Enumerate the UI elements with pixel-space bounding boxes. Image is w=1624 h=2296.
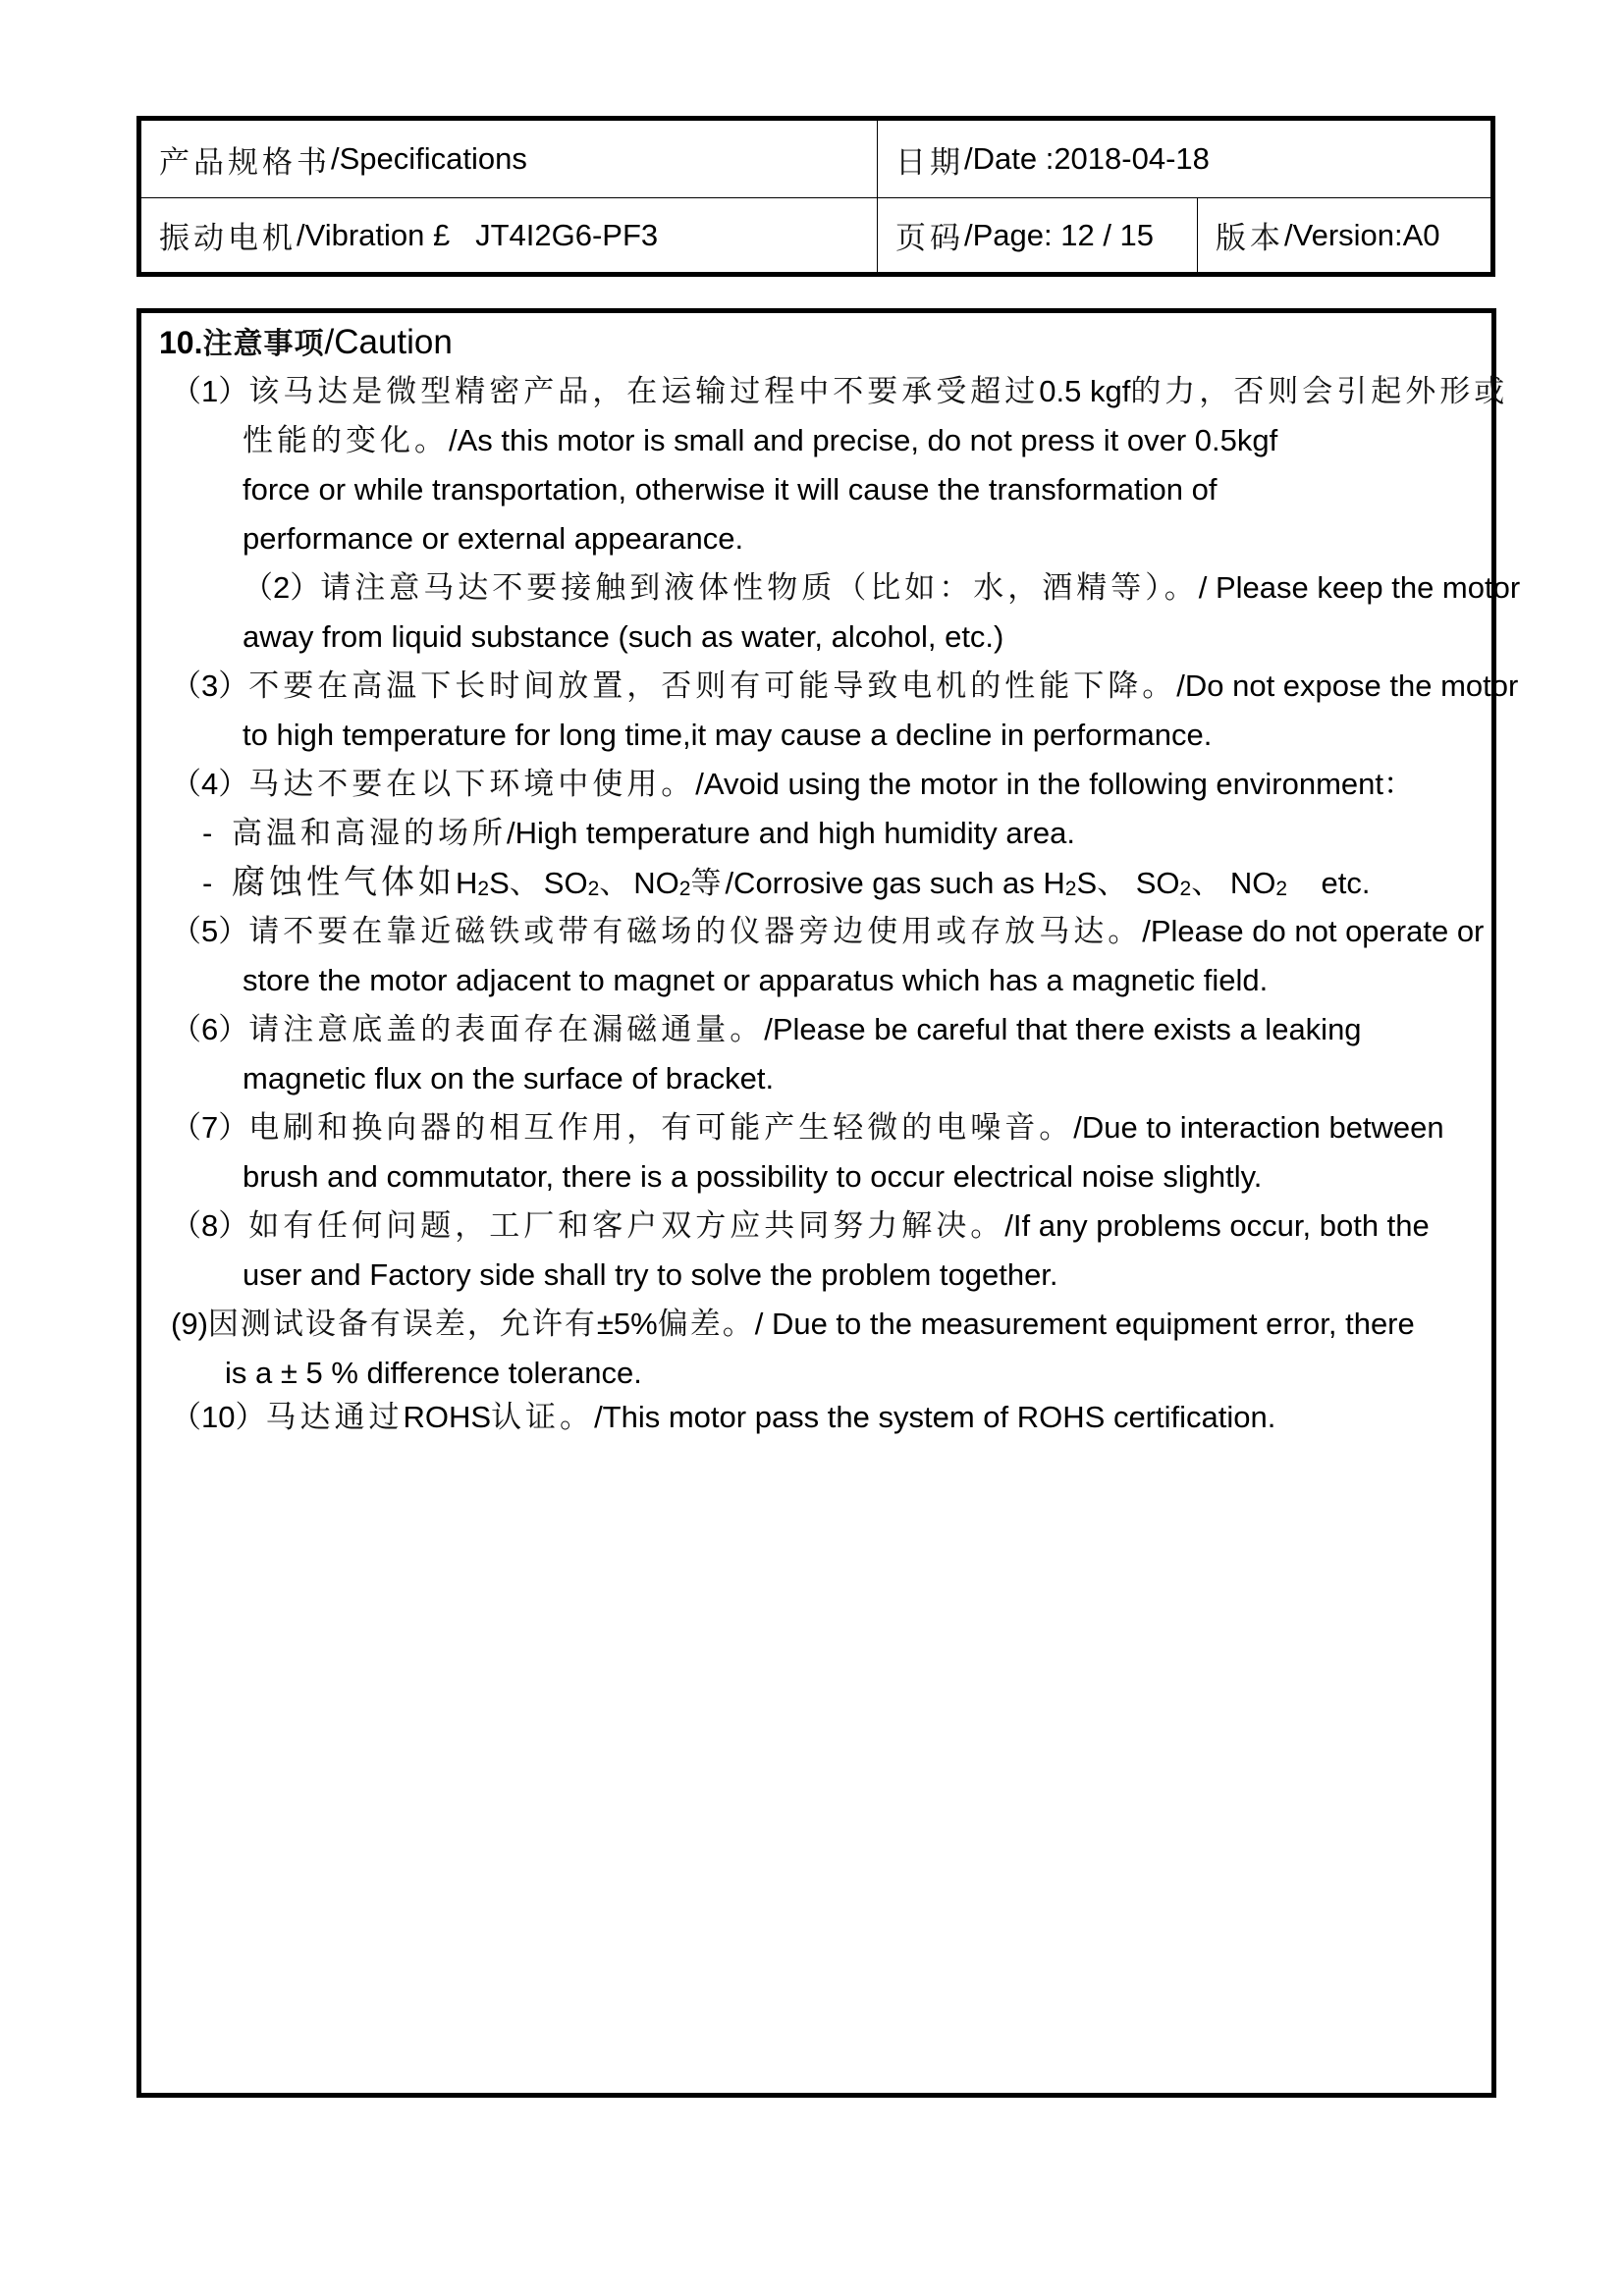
caution-item-3-cont: to high temperature for long time,it may… [243, 716, 1212, 755]
product-cell: 振动电机/Vibration £ JT4I2G6-PF3 [141, 198, 877, 272]
item-marker: （3） [171, 668, 248, 703]
product-model: /Vibration £ JT4I2G6-PF3 [297, 218, 658, 253]
item-text-cn: 高温和高湿的场所 [232, 816, 507, 851]
date-value: /Date :2018-04-18 [964, 141, 1210, 177]
item-text-en: /This motor pass the system of ROHS cert… [594, 1400, 1275, 1434]
page-cell: 页码/Page: 12 / 15 [877, 198, 1197, 272]
item-text-cn: 电刷和换向器的相互作用，有可能产生轻微的电噪音。 [248, 1110, 1073, 1146]
item-text-en: /Corrosive gas such as H [725, 866, 1064, 900]
item-text-cn: 请注意马达不要接触到液体性物质（比如：水，酒精等）。 [320, 570, 1199, 606]
item-value: ROHS [403, 1400, 491, 1434]
item-text-en: performance or external appearance. [243, 521, 743, 556]
page-label-cn: 页码 [895, 213, 964, 257]
item-text-cn: 性能的变化。 [243, 423, 449, 458]
caution-item-1: （1）该马达是微型精密产品，在运输过程中不要承受超过0.5 kgf的力，否则会引… [171, 372, 1508, 411]
caution-item-6-cont: magnetic flux on the surface of bracket. [243, 1059, 774, 1098]
item-text-cn: 马达通过 [265, 1400, 403, 1435]
item-marker: （4） [171, 767, 248, 801]
caution-item-3: （3）不要在高温下长时间放置，否则有可能导致电机的性能下降。/Do not ex… [171, 667, 1518, 706]
item-text-en: /If any problems occur, both the [1004, 1208, 1430, 1243]
item-text-en: is a ± 5 % difference tolerance. [225, 1356, 642, 1390]
gas-formula: H [456, 866, 477, 900]
section-title-en: /Caution [324, 323, 452, 361]
date-cell: 日期/Date :2018-04-18 [877, 121, 1490, 197]
caution-item-9: (9)因测试设备有误差，允许有±5%偏差。/ Due to the measur… [171, 1305, 1415, 1344]
environment-bullet-2: -腐蚀性气体如H2S、SO2、NO2等/Corrosive gas such a… [202, 863, 1370, 909]
item-text-en: away from liquid substance (such as wate… [243, 619, 1003, 654]
version-label-cn: 版本 [1216, 213, 1284, 257]
caution-item-8-cont: user and Factory side shall try to solve… [243, 1255, 1058, 1295]
item-text-en: magnetic flux on the surface of bracket. [243, 1061, 774, 1095]
spec-title-cell: 产品规格书/Specifications [141, 121, 877, 197]
item-text-cn: 该马达是微型精密产品，在运输过程中不要承受超过 [248, 374, 1039, 409]
separator: 、 [510, 866, 544, 901]
item-text-en: /Due to interaction between [1073, 1110, 1443, 1145]
caution-item-4: （4）马达不要在以下环境中使用。/Avoid using the motor i… [171, 765, 1414, 804]
item-text-en: /As this motor is small and precise, do … [449, 423, 1277, 457]
version-value: /Version:A0 [1284, 218, 1440, 253]
caution-item-7: （7）电刷和换向器的相互作用，有可能产生轻微的电噪音。/Due to inter… [171, 1108, 1444, 1148]
bullet-dash: - [202, 864, 232, 903]
bullet-dash: - [202, 814, 232, 853]
subscript: 2 [679, 878, 691, 900]
item-text-en: etc. [1287, 866, 1370, 900]
item-value: 0.5 kgf [1039, 374, 1130, 408]
item-text-cn: 因测试设备有误差，允许有 [208, 1307, 597, 1342]
item-text-en: user and Factory side shall try to solve… [243, 1257, 1058, 1292]
item-text-en: to high temperature for long time,it may… [243, 718, 1212, 752]
item-marker: （5） [171, 914, 248, 948]
subscript: 2 [1275, 878, 1287, 900]
environment-bullet-1: -高温和高湿的场所/High temperature and high humi… [202, 814, 1075, 853]
spec-header-table: 产品规格书/Specifications 日期/Date :2018-04-18… [136, 116, 1495, 277]
caution-item-5-cont: store the motor adjacent to magnet or ap… [243, 961, 1268, 1000]
item-text-cn: 马达不要在以下环境中使用。 [248, 767, 695, 802]
date-label-cn: 日期 [895, 137, 964, 182]
item-marker: （7） [171, 1110, 248, 1145]
item-text-en: / Please keep the motor [1199, 570, 1520, 605]
item-text-en: store the motor adjacent to magnet or ap… [243, 963, 1268, 997]
item-text-en: /Avoid using the motor in the following … [695, 767, 1414, 801]
section-number: 10. [159, 325, 202, 360]
caution-item-6: （6）请注意底盖的表面存在漏磁通量。/Please be careful tha… [171, 1010, 1362, 1049]
item-text-cn: 认证。 [491, 1400, 594, 1435]
item-marker: （6） [171, 1012, 248, 1046]
caution-section: 10.注意事项/Caution （1）该马达是微型精密产品，在运输过程中不要承受… [136, 308, 1496, 2098]
gas-formula: S [489, 866, 510, 900]
caution-item-2: （2）请注意马达不要接触到液体性物质（比如：水，酒精等）。/ Please ke… [243, 568, 1520, 608]
section-title-cn: 注意事项 [202, 327, 324, 361]
subscript: 2 [588, 878, 600, 900]
caution-item-9-cont: is a ± 5 % difference tolerance. [225, 1354, 642, 1393]
caution-item-8: （8）如有任何问题，工厂和客户双方应共同努力解决。/If any problem… [171, 1206, 1430, 1246]
item-marker: （2） [243, 570, 320, 605]
item-text-en: brush and commutator, there is a possibi… [243, 1159, 1262, 1194]
item-text-cn: 请不要在靠近磁铁或带有磁场的仪器旁边使用或存放马达。 [248, 914, 1142, 949]
item-marker: (9) [171, 1307, 208, 1341]
version-cell: 版本/Version:A0 [1197, 198, 1490, 272]
item-text-en: /Please do not operate or [1142, 914, 1484, 948]
header-row-2: 振动电机/Vibration £ JT4I2G6-PF3 页码/Page: 12… [141, 198, 1490, 272]
item-text-en: 、 NO [1191, 866, 1275, 900]
product-label-cn: 振动电机 [159, 213, 297, 257]
item-text-cn: 的力，否则会引起外形或 [1130, 374, 1508, 409]
item-text-cn: 不要在高温下长时间放置，否则有可能导致电机的性能下降。 [248, 668, 1176, 704]
item-value: ±5% [597, 1307, 658, 1341]
subscript: 2 [1180, 878, 1192, 900]
gas-formula: SO [544, 866, 588, 900]
item-text-en: force or while transportation, otherwise… [243, 472, 1217, 507]
header-row-1: 产品规格书/Specifications 日期/Date :2018-04-18 [141, 121, 1490, 198]
item-text-en: /High temperature and high humidity area… [507, 816, 1075, 850]
caution-item-10: （10）马达通过ROHS认证。/This motor pass the syst… [171, 1398, 1275, 1437]
item-text-cn: 腐蚀性气体如 [232, 863, 456, 902]
item-text-cn: 如有任何问题，工厂和客户双方应共同努力解决。 [248, 1208, 1004, 1244]
item-marker: （8） [171, 1208, 248, 1243]
subscript: 2 [477, 878, 489, 900]
item-marker: （10） [171, 1400, 265, 1434]
caution-item-1-cont: 性能的变化。/As this motor is small and precis… [243, 421, 1277, 460]
item-marker: （1） [171, 374, 248, 408]
spec-title-cn: 产品规格书 [159, 137, 331, 182]
item-text-en: / Due to the measurement equipment error… [755, 1307, 1415, 1341]
caution-item-5: （5）请不要在靠近磁铁或带有磁场的仪器旁边使用或存放马达。/Please do … [171, 912, 1484, 951]
item-text-cn: 请注意底盖的表面存在漏磁通量。 [248, 1012, 764, 1047]
gas-formula: NO [633, 866, 679, 900]
caution-item-7-cont: brush and commutator, there is a possibi… [243, 1157, 1262, 1197]
caution-item-1-cont: force or while transportation, otherwise… [243, 470, 1217, 509]
caution-item-1-cont: performance or external appearance. [243, 519, 743, 559]
subscript: 2 [1065, 878, 1077, 900]
section-title: 10.注意事项/Caution [159, 323, 453, 364]
item-text-cn: 偏差。 [658, 1307, 755, 1342]
item-text-cn: 等 [690, 866, 725, 901]
page-number: /Page: 12 / 15 [964, 218, 1154, 253]
item-text-en: S、 SO [1076, 866, 1179, 900]
separator: 、 [599, 866, 633, 901]
spec-title-en: /Specifications [331, 141, 527, 177]
caution-item-2-cont: away from liquid substance (such as wate… [243, 617, 1003, 657]
item-text-en: /Please be careful that there exists a l… [764, 1012, 1361, 1046]
item-text-en: /Do not expose the motor [1176, 668, 1518, 703]
